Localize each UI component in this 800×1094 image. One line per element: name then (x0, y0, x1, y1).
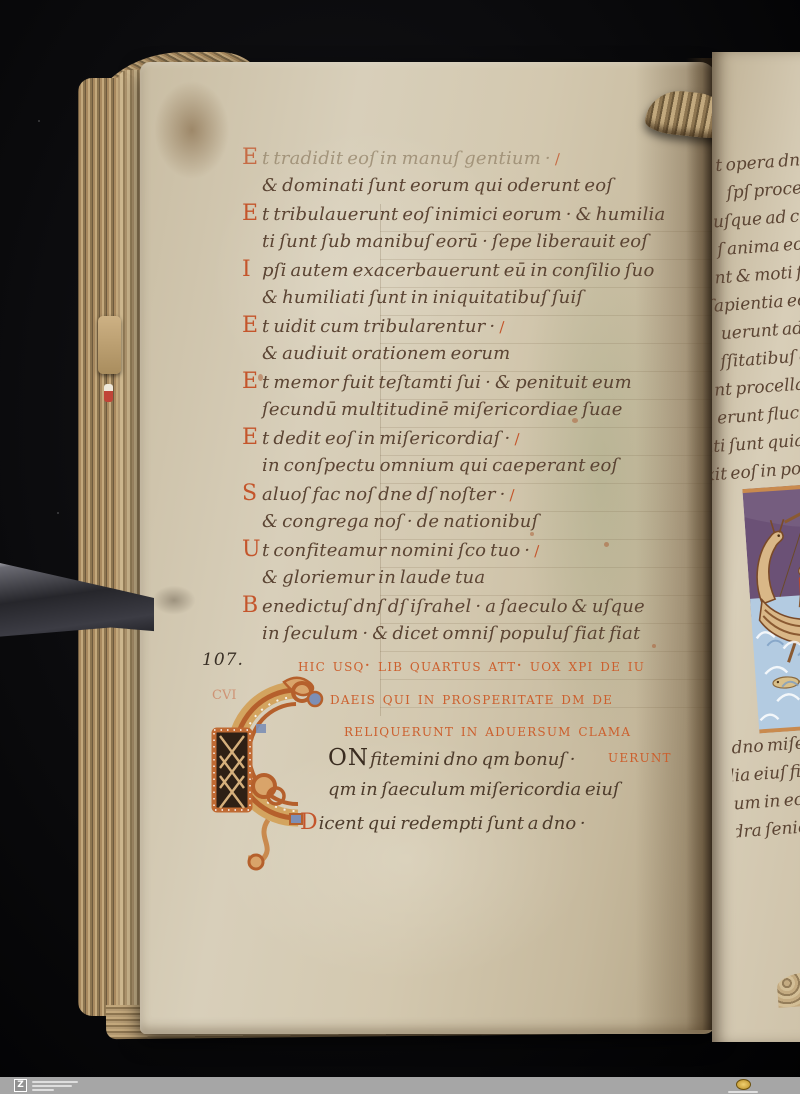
versal-initial: E (242, 368, 262, 396)
rubric-line: reliquerunt in aduersum clama (344, 721, 631, 741)
manuscript-line: & congrega noſ · de nationibuſ (242, 508, 684, 536)
manuscript-line: & dominati ſunt eorum qui oderunt eoſ (242, 172, 684, 200)
rubric-line: daeis qui in prosperitate dm de (330, 689, 613, 709)
psalm-106-line-1: ONfitemini dno qm bonuſ · (328, 745, 575, 771)
watermark-text-lines (32, 1081, 78, 1091)
rubric-line: uerunt (608, 747, 672, 767)
manuscript-line: Et tribulauerunt eoſ inimici eorum · & h… (242, 200, 684, 228)
line-text: t tribulauerunt eoſ inimici eorum · & hu… (262, 201, 665, 229)
parchment-index-tab (98, 316, 121, 374)
versal-initial: U (242, 536, 262, 564)
versal-initial: E (242, 424, 262, 452)
rubric-line: hic usq· lib quartus att· uox xpi de iu (298, 656, 645, 676)
manuscript-line: Et tradidit eoſ in manuſ gentium ·∕ (242, 144, 684, 172)
coin-logo (736, 1079, 751, 1090)
line-text: enedictuſ dnſ dſ iſrahel · a ſaeculo & u… (262, 593, 645, 621)
versal-initial: D (300, 810, 318, 835)
manuscript-line: ti ſunt ſub manibuſ eorū · ſepe liberaui… (242, 228, 684, 256)
manuscript-line: Benedictuſ dnſ dſ iſrahel · a ſaeculo & … (242, 592, 684, 620)
line-text: t dedit eoſ in miſericordiaſ · (262, 425, 510, 453)
line-text: & gloriemur in laude tua (262, 564, 485, 592)
psalm-106-line-3: Dicent qui redempti ſunt a dno · (300, 810, 586, 835)
line-text: t uidit cum tribularentur · (262, 313, 495, 341)
right-page-line-fragment: nteantur dno miſericor (729, 726, 800, 762)
line-text: t memor fuit teſtamti ſui · & penituit e… (262, 369, 632, 397)
dust-speck (57, 512, 59, 514)
z-logo: Z (14, 1079, 27, 1092)
right-page-text-upper: t opera dniſpſ proceluſque ad caſ anima … (712, 146, 800, 489)
line-text: t confiteamur nomini ſco tuo · (262, 537, 530, 565)
library-watermark-bar: Z (0, 1077, 800, 1094)
ship-miniature (742, 482, 800, 733)
library-logo-right (728, 1079, 758, 1093)
red-accent-mark: ∕ (510, 481, 515, 509)
decorated-initial-C (198, 668, 338, 873)
manuscript-line: Ut confiteamur nomini ſco tuo ·∕ (242, 536, 684, 564)
red-accent-mark: ∕ (555, 145, 560, 173)
versal-initial: E (242, 200, 262, 228)
psalm-106-line-2: qm in ſaeculum miſericordia eiuſ (328, 779, 620, 800)
line-text: in conſpectu omnium qui caeperant eoſ (262, 452, 618, 480)
display-capitals: ON (328, 745, 369, 771)
red-accent-mark: ∕ (499, 313, 504, 341)
line-text: pſi autem exacerbauerunt eū in conſilio … (262, 257, 655, 285)
line-text: in ſeculum · & dicet omniſ populuſ fiat … (262, 620, 641, 648)
versal-initial: E (242, 144, 262, 172)
versal-initial: S (242, 480, 262, 508)
line-text: & audiuit orationem eorum (262, 340, 510, 368)
line-text: t tradidit eoſ in manuſ gentium · (262, 145, 551, 173)
versal-initial: E (242, 312, 262, 340)
manuscript-photo: Et tradidit eoſ in manuſ gentium ·∕& dom… (0, 0, 800, 1094)
manuscript-line: Et dedit eoſ in miſericordiaſ ·∕ (242, 424, 684, 452)
manuscript-line: & gloriemur in laude tua (242, 564, 684, 592)
library-logo-left: Z (14, 1079, 78, 1092)
line-text: & dominati ſunt eorum qui oderunt eoſ (262, 172, 613, 200)
manuscript-line: Et memor fuit teſtamti ſui · & penituit … (242, 368, 684, 396)
red-accent-mark: ∕ (534, 537, 539, 565)
manuscript-line: & humiliati ſunt in iniquitatibuſ ſuiſ (242, 284, 684, 312)
right-page-parchment: t opera dniſpſ proceluſque ad caſ anima … (712, 52, 800, 1042)
manuscript-line: Saluoſ fac noſ dne dſ noſter ·∕ (242, 480, 684, 508)
psalm-105-text-block: Et tradidit eoſ in manuſ gentium ·∕& dom… (242, 144, 684, 648)
right-page-content: t opera dniſpſ proceluſque ad caſ anima … (712, 52, 800, 1042)
right-page-bottom-edge (776, 968, 800, 1008)
line-text: & humiliati ſunt in iniquitatibuſ ſuiſ (262, 284, 583, 312)
versal-initial: B (242, 592, 262, 620)
line-text: aluoſ fac noſ dne dſ noſter · (262, 481, 506, 509)
margin-psalm-number-modern: 107. (202, 650, 244, 670)
versal-initial: I (242, 256, 262, 284)
manuscript-line: Et uidit cum tribularentur ·∕ (242, 312, 684, 340)
manuscript-line: Ipſi autem exacerbauerunt eū in conſilio… (242, 256, 684, 284)
dust-speck (38, 120, 40, 122)
manuscript-line: in conſpectu omnium qui caeperant eoſ (242, 452, 684, 480)
red-accent-mark: ∕ (514, 425, 519, 453)
manuscript-line: ſecundū multitudinē miſericordiae ſuae (242, 396, 684, 424)
strip-pressure-shadow (150, 584, 198, 638)
manuscript-line: in ſeculum · & dicet omniſ populuſ fiat … (242, 620, 684, 648)
manuscript-line: & audiuit orationem eorum (242, 340, 684, 368)
right-page-text-lower: nteantur dno miſericormirabilia eiuſ fil… (729, 726, 800, 846)
line-text: ti ſunt ſub manibuſ eorū · ſepe liberaui… (262, 228, 648, 256)
red-edge-mark (104, 384, 113, 402)
line-text: ſecundū multitudinē miſericordiae ſuae (262, 396, 623, 424)
line-text: & congrega noſ · de nationibuſ (262, 508, 538, 536)
